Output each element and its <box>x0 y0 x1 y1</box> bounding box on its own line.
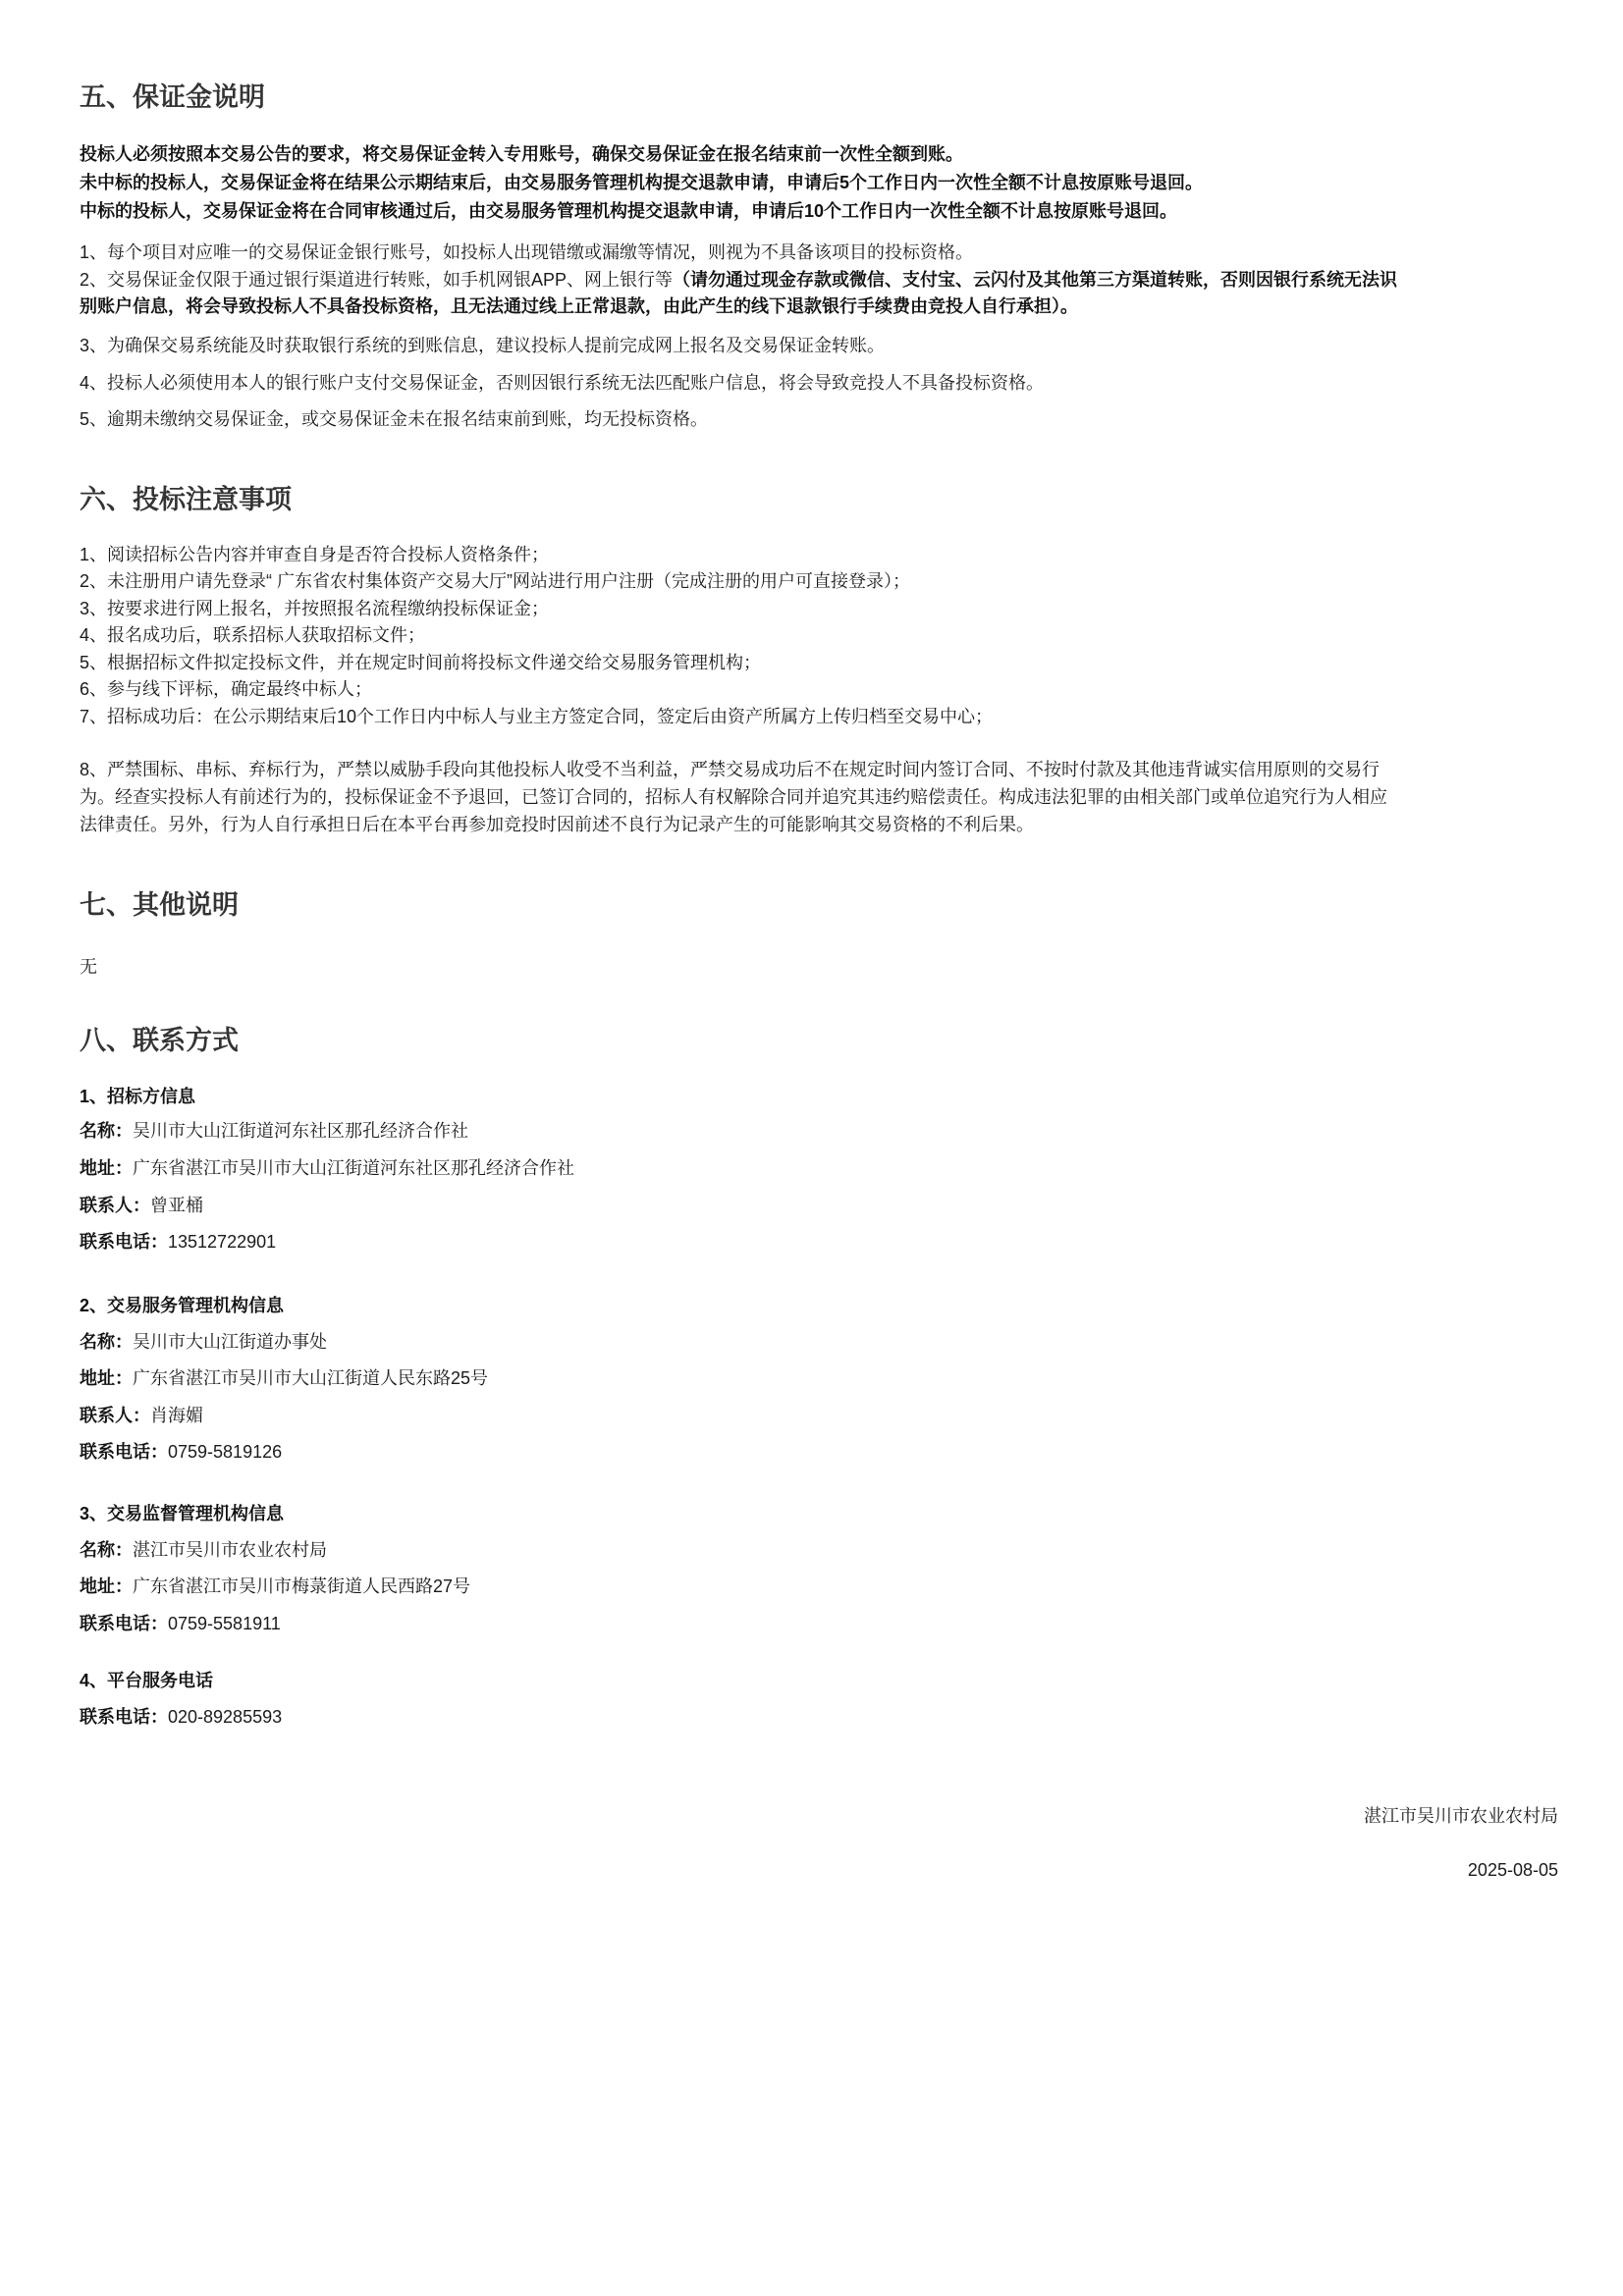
supervision-agency-name: 名称：湛江市吴川市农业农村局 <box>80 1536 327 1564</box>
deposit-item-2-warning-cont: 别账户信息，将会导致投标人不具备投标资格，且无法通过线上正常退款，由此产生的线下… <box>80 293 1078 320</box>
supervision-agency-address-label: 地址： <box>80 1576 133 1596</box>
supervision-agency-address: 地址：广东省湛江市吴川市梅菉街道人民西路27号 <box>80 1573 470 1600</box>
deposit-item-2-text: 2、交易保证金仅限于通过银行渠道进行转账，如手机网银APP、网上银行等 <box>80 270 673 290</box>
service-agency-contact-value: 肖海媚 <box>150 1406 203 1425</box>
tenderer-phone-label: 联系电话： <box>80 1232 168 1252</box>
issuing-organization: 湛江市吴川市农业农村局 <box>1364 1802 1558 1830</box>
tenderer-name-label: 名称： <box>80 1121 133 1141</box>
deposit-bold-note-3: 中标的投标人，交易保证金将在合同审核通过后，由交易服务管理机构提交退款申请，申请… <box>80 197 1177 225</box>
service-agency-contact-label: 联系人： <box>80 1406 150 1425</box>
tenderer-contact-label: 联系人： <box>80 1196 150 1215</box>
issue-date: 2025-08-05 <box>1468 1856 1558 1884</box>
tenderer-info-heading: 1、招标方信息 <box>80 1083 195 1110</box>
service-agency-address-label: 地址： <box>80 1368 133 1388</box>
supervision-agency-name-label: 名称： <box>80 1540 133 1560</box>
tenderer-address-value: 广东省湛江市吴川市大山江街道河东社区那孔经济合作社 <box>133 1158 574 1178</box>
service-agency-phone-value: 0759-5819126 <box>168 1442 282 1462</box>
service-agency-name-label: 名称： <box>80 1332 133 1352</box>
notice-item-2: 2、未注册用户请先登录“ 广东省农村集体资产交易大厅”网站进行用户注册（完成注册… <box>80 567 910 595</box>
supervision-agency-name-value: 湛江市吴川市农业农村局 <box>133 1540 327 1560</box>
notice-item-4: 4、报名成功后，联系招标人获取招标文件； <box>80 621 425 649</box>
supervision-agency-phone-value: 0759-5581911 <box>168 1614 281 1633</box>
tenderer-phone: 联系电话：13512722901 <box>80 1228 276 1255</box>
platform-service-phone-label: 联系电话： <box>80 1707 168 1727</box>
supervision-agency-heading: 3、交易监督管理机构信息 <box>80 1500 284 1527</box>
deposit-item-2: 2、交易保证金仅限于通过银行渠道进行转账，如手机网银APP、网上银行等（请勿通过… <box>80 266 1397 294</box>
deposit-item-1: 1、每个项目对应唯一的交易保证金银行账号，如投标人出现错缴或漏缴等情况，则视为不… <box>80 239 973 266</box>
notice-item-8-line-3: 法律责任。另外，行为人自行承担日后在本平台再参加竞投时因前述不良行为记录产生的可… <box>80 811 1034 838</box>
deposit-item-5: 5、逾期未缴纳交易保证金，或交易保证金未在报名结束前到账，均无投标资格。 <box>80 405 708 433</box>
deposit-item-4: 4、投标人必须使用本人的银行账户支付交易保证金，否则因银行系统无法匹配账户信息，… <box>80 369 1044 397</box>
tenderer-name: 名称：吴川市大山江街道河东社区那孔经济合作社 <box>80 1117 468 1145</box>
tenderer-contact-value: 曾亚桶 <box>150 1196 203 1215</box>
service-agency-address: 地址：广东省湛江市吴川市大山江街道人民东路25号 <box>80 1364 488 1392</box>
supervision-agency-phone: 联系电话：0759-5581911 <box>80 1610 281 1637</box>
tenderer-address: 地址：广东省湛江市吴川市大山江街道河东社区那孔经济合作社 <box>80 1154 574 1182</box>
section-8-title: 八、联系方式 <box>80 1024 239 1057</box>
tenderer-phone-value: 13512722901 <box>168 1232 276 1252</box>
tenderer-address-label: 地址： <box>80 1158 133 1178</box>
service-agency-name-value: 吴川市大山江街道办事处 <box>133 1332 327 1352</box>
platform-service-phone: 联系电话：020-89285593 <box>80 1703 282 1731</box>
service-agency-contact: 联系人：肖海媚 <box>80 1402 203 1429</box>
notice-item-7: 7、招标成功后：在公示期结束后10个工作日内中标人与业主方签定合同，签定后由资产… <box>80 703 993 730</box>
service-agency-phone-label: 联系电话： <box>80 1442 168 1462</box>
section-6-title: 六、投标注意事项 <box>80 483 292 516</box>
supervision-agency-address-value: 广东省湛江市吴川市梅菉街道人民西路27号 <box>133 1576 470 1596</box>
deposit-bold-note-2: 未中标的投标人，交易保证金将在结果公示期结束后，由交易服务管理机构提交退款申请，… <box>80 169 1203 196</box>
service-agency-address-value: 广东省湛江市吴川市大山江街道人民东路25号 <box>133 1368 488 1388</box>
section-5-title: 五、保证金说明 <box>80 80 265 114</box>
section-7-title: 七、其他说明 <box>80 888 239 922</box>
deposit-item-2-warning: （请勿通过现金存款或微信、支付宝、云闪付及其他第三方渠道转账，否则因银行系统无法… <box>673 270 1397 290</box>
notice-item-8-line-2: 为。经查实投标人有前述行为的，投标保证金不予退回，已签订合同的，招标人有权解除合… <box>80 783 1387 811</box>
notice-item-5: 5、根据招标文件拟定投标文件，并在规定时间前将投标文件递交给交易服务管理机构； <box>80 649 761 676</box>
deposit-item-3: 3、为确保交易系统能及时获取银行系统的到账信息，建议投标人提前完成网上报名及交易… <box>80 332 885 359</box>
other-notes-content: 无 <box>80 953 97 981</box>
supervision-agency-phone-label: 联系电话： <box>80 1614 168 1633</box>
deposit-bold-note-1: 投标人必须按照本交易公告的要求，将交易保证金转入专用账号，确保交易保证金在报名结… <box>80 140 963 168</box>
notice-item-6: 6、参与线下评标，确定最终中标人； <box>80 675 372 703</box>
service-agency-phone: 联系电话：0759-5819126 <box>80 1438 282 1466</box>
notice-item-8-line-1: 8、严禁围标、串标、弃标行为，严禁以威胁手段向其他投标人收受不当利益，严禁交易成… <box>80 756 1380 783</box>
tenderer-contact: 联系人：曾亚桶 <box>80 1192 203 1219</box>
service-agency-name: 名称：吴川市大山江街道办事处 <box>80 1328 327 1356</box>
notice-item-1: 1、阅读招标公告内容并审查自身是否符合投标人资格条件； <box>80 541 549 568</box>
notice-item-3: 3、按要求进行网上报名，并按照报名流程缴纳投标保证金； <box>80 595 549 622</box>
service-agency-heading: 2、交易服务管理机构信息 <box>80 1292 284 1319</box>
platform-service-heading: 4、平台服务电话 <box>80 1667 213 1694</box>
tenderer-name-value: 吴川市大山江街道河东社区那孔经济合作社 <box>133 1121 468 1141</box>
platform-service-phone-value: 020-89285593 <box>168 1707 282 1727</box>
